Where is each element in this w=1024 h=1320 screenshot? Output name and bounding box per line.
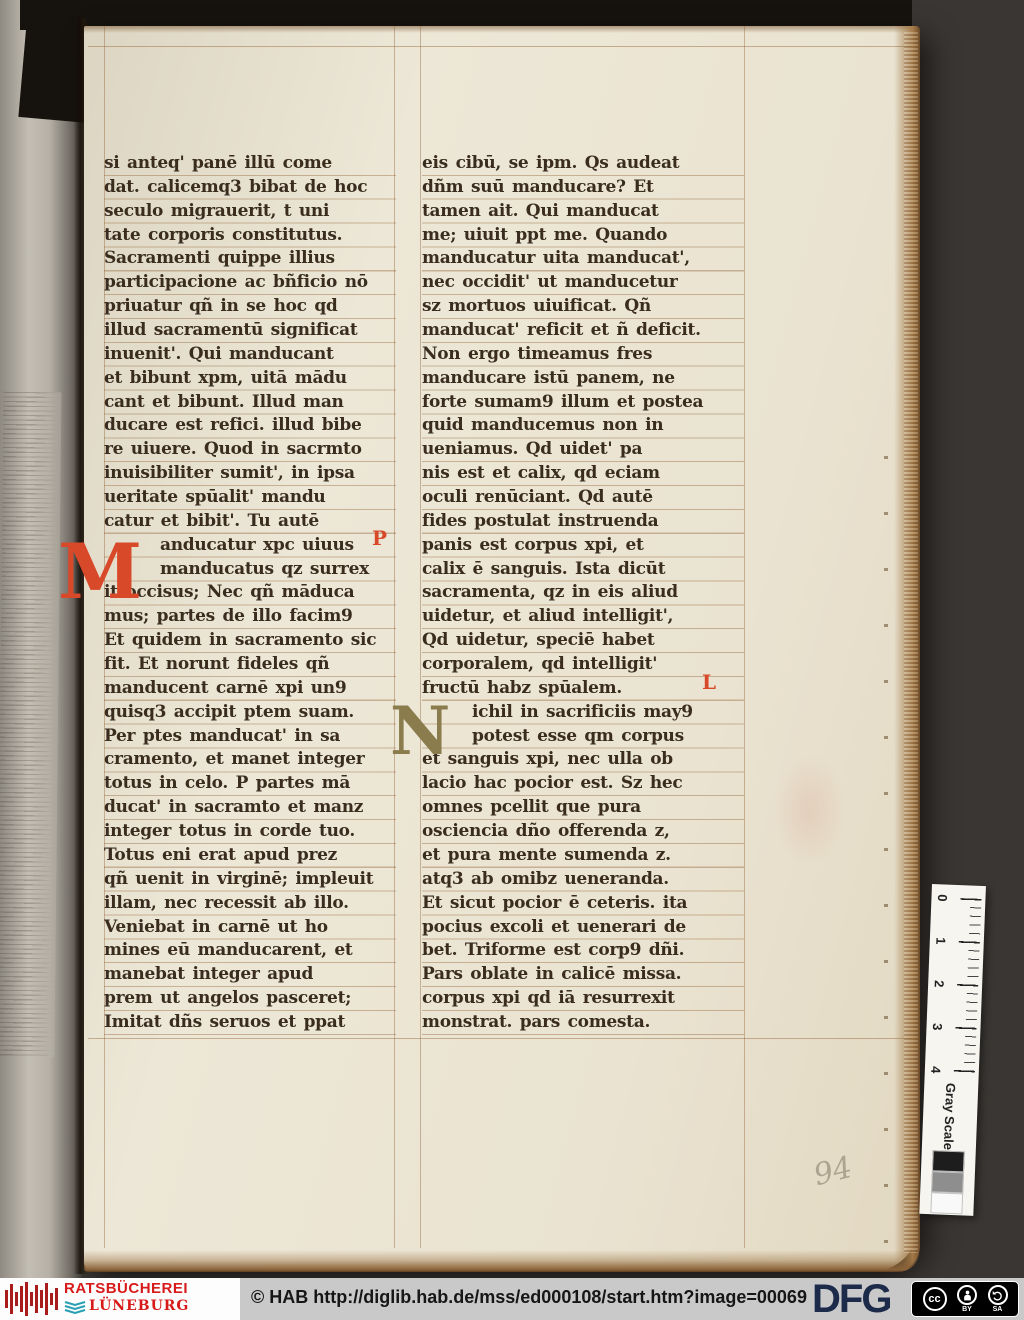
- ruling-horizontal-line: [88, 46, 916, 47]
- manuscript-text-line: manducare istū panem, ne: [422, 367, 744, 391]
- manuscript-text-line: quisq3 accipit ptem suam.: [104, 701, 396, 725]
- ruling-vertical-line: [420, 26, 421, 1248]
- manuscript-text-line: omnes pcellit que pura: [422, 796, 744, 820]
- library-city: LÜNEBURG: [89, 1297, 189, 1315]
- manuscript-text-line: re uiuere. Quod in sacrmto: [104, 438, 396, 462]
- manuscript-text-line: inuisibiliter sumit', in ipsa: [104, 462, 396, 486]
- manuscript-text-line: nec occidit' ut manducetur: [422, 271, 744, 295]
- manuscript-text-line: tate corporis constitutus.: [104, 224, 396, 248]
- manuscript-text-line: ducat' in sacramto et manz: [104, 796, 396, 820]
- cc-sa-icon: SA: [988, 1285, 1008, 1313]
- manuscript-text-line: eis cibū, se ipm. Qs audeat: [422, 152, 744, 176]
- cc-sa-label: SA: [993, 1306, 1003, 1313]
- ruler-numbers: 01234: [932, 884, 986, 886]
- ruling-horizontal-line: [88, 1038, 916, 1039]
- manuscript-text-line: manducat' reficit et ñ deficit.: [422, 319, 744, 343]
- manuscript-text-line: et pura mente sumenda z.: [422, 844, 744, 868]
- manuscript-text-line: prem ut angelos pasceret;: [104, 987, 396, 1011]
- manuscript-text-line: manducatus qz surrex: [104, 558, 396, 582]
- manuscript-text-line: monstrat. pars comesta.: [422, 1011, 744, 1035]
- illuminated-initial-n: N: [390, 698, 450, 764]
- manuscript-text-line: calix ē sanguis. Ista dicūt: [422, 558, 744, 582]
- manuscript-text-line: et bibunt xpm, uitā mādu: [104, 367, 396, 391]
- manuscript-text-line: oculi renūciant. Qd autē: [422, 486, 744, 510]
- library-name: RATSBÜCHEREI: [64, 1280, 189, 1297]
- dfg-logo: DFG: [812, 1277, 890, 1320]
- gray-scale-swatch: [931, 1171, 964, 1193]
- manuscript-text-line: anducatur xpc uiuus: [104, 534, 396, 558]
- manuscript-text-line: mines eū manducarent, et: [104, 939, 396, 963]
- manuscript-text-line: potest esse qm corpus: [422, 725, 744, 749]
- ruler-number: 1: [933, 933, 949, 950]
- manuscript-text-line: ueritate spūalit' mandu: [104, 486, 396, 510]
- person-icon: [957, 1285, 977, 1305]
- manuscript-text-line: uidetur, et aliud intelligit',: [422, 605, 744, 629]
- manuscript-text-line: Et quidem in sacramento sic: [104, 629, 396, 653]
- manuscript-text-line: ducare est refici. illud bibe: [104, 414, 396, 438]
- manuscript-text-line: me; uiuit ppt me. Quando: [422, 224, 744, 248]
- manuscript-text-line: inuenit'. Qui manducant: [104, 343, 396, 367]
- manuscript-text-line: si anteq' panē illū come: [104, 152, 396, 176]
- manuscript-text-line: Pars oblate in calicē missa.: [422, 963, 744, 987]
- cc-circle-icon: cc: [923, 1287, 947, 1311]
- manuscript-text-line: it occisus; Nec qñ māduca: [104, 581, 396, 605]
- gray-scale-calibration-card: 01234 Gray Scale: [919, 884, 986, 1216]
- facing-page-text-showthrough: [0, 392, 61, 1058]
- cc-icon: cc: [923, 1287, 947, 1311]
- prick-marks: [884, 456, 888, 1268]
- manuscript-text-line: manducatur uita manducat',: [422, 247, 744, 271]
- manuscript-text-line: cant et bibunt. Illud man: [104, 391, 396, 415]
- book-icon: [64, 1299, 86, 1314]
- manuscript-text-line: Et sicut pocior ē ceteris. ita: [422, 892, 744, 916]
- library-logo-panel: RATSBÜCHEREI LÜNEBURG: [0, 1278, 240, 1320]
- manuscript-text-line: manducent carnē xpi un9: [104, 677, 396, 701]
- ruler-number: 4: [928, 1062, 944, 1079]
- rubric-guide-letter-l: L: [702, 670, 716, 694]
- library-bars-icon: [4, 1280, 60, 1318]
- ruler-major-ticks: [954, 898, 982, 1074]
- manuscript-text-line: ichil in sacrificiis may9: [422, 701, 744, 725]
- manuscript-text-line: sacramenta, qz in eis aliud: [422, 581, 744, 605]
- gray-scale-swatch: [930, 1192, 963, 1214]
- library-logo-text: RATSBÜCHEREI LÜNEBURG: [64, 1280, 189, 1315]
- manuscript-text-line: corpus xpi qd iā resurrexit: [422, 987, 744, 1011]
- gray-scale-swatch: [932, 1150, 965, 1172]
- manuscript-text-line: pocius excoli et uenerari de: [422, 916, 744, 940]
- manuscript-text-line: illam, nec recessit ab illo.: [104, 892, 396, 916]
- manuscript-text-line: fides postulat instruenda: [422, 510, 744, 534]
- manuscript-text-line: panis est corpus xpi, et: [422, 534, 744, 558]
- manuscript-text-line: Sacramenti quippe illius: [104, 247, 396, 271]
- manuscript-text-line: Veniebat in carnē ut ho: [104, 916, 396, 940]
- gray-scale-title: Gray Scale: [941, 1083, 959, 1151]
- manuscript-text-line: mus; partes de illo facim9: [104, 605, 396, 629]
- manuscript-text-line: quid manducemus non in: [422, 414, 744, 438]
- facing-page-edge: [0, 0, 82, 1278]
- manuscript-text-line: dat. calicemq3 bibat de hoc: [104, 176, 396, 200]
- manuscript-text-line: Per ptes manducat' in sa: [104, 725, 396, 749]
- rubric-guide-letter-p: P: [372, 526, 387, 550]
- attribution-bar: RATSBÜCHEREI LÜNEBURG © HAB http://digli…: [0, 1278, 1024, 1320]
- copyright-url-text: © HAB http://diglib.hab.de/mss/ed000108/…: [246, 1287, 812, 1308]
- manuscript-text-line: Imitat dñs seruos et ppat: [104, 1011, 396, 1035]
- page-fore-edge-striations: [904, 32, 918, 1253]
- manuscript-text-line: Totus eni erat apud prez: [104, 844, 396, 868]
- manuscript-text-line: fit. Et norunt fideles qñ: [104, 653, 396, 677]
- manuscript-column-left: si anteq' panē illū comedat. calicemq3 b…: [104, 152, 396, 1036]
- manuscript-text-line: Qd uidetur, speciē habet: [422, 629, 744, 653]
- ruler-number: 0: [935, 890, 951, 907]
- manuscript-text-line: et sanguis xpi, nec ulla ob: [422, 748, 744, 772]
- ruling-vertical-line: [744, 26, 745, 1248]
- manuscript-text-line: illud sacramentū significat: [104, 319, 396, 343]
- manuscript-text-line: integer totus in corde tuo.: [104, 820, 396, 844]
- illuminated-initial-m: M: [58, 534, 142, 610]
- manuscript-text-line: manebat integer apud: [104, 963, 396, 987]
- share-alike-arrow-icon: [988, 1285, 1008, 1305]
- manuscript-text-line: atq3 ab omibz ueneranda.: [422, 868, 744, 892]
- cc-by-label: BY: [962, 1306, 972, 1313]
- manuscript-text-line: seculo migrauerit, t uni: [104, 200, 396, 224]
- ruler-number: 2: [931, 976, 947, 993]
- manuscript-text-line: tamen ait. Qui manducat: [422, 200, 744, 224]
- manuscript-text-line: priuatur qñ in se hoc qd: [104, 295, 396, 319]
- manuscript-text-line: qñ uenit in virginē; impleuit: [104, 868, 396, 892]
- manuscript-text-line: dñm suū manducare? Et: [422, 176, 744, 200]
- manuscript-text-line: osciencia dño offerenda z,: [422, 820, 744, 844]
- pencil-folio-number: 94: [810, 1150, 856, 1193]
- ruler-number: 3: [930, 1019, 946, 1036]
- digitized-manuscript-viewer: si anteq' panē illū comedat. calicemq3 b…: [0, 0, 1024, 1320]
- manuscript-text-line: bet. Triforme est corp9 dñi.: [422, 939, 744, 963]
- manuscript-text-line: ueniamus. Qd uidet' pa: [422, 438, 744, 462]
- parchment-smudge: [772, 752, 846, 868]
- cc-by-icon: BY: [957, 1285, 977, 1313]
- manuscript-text-line: totus in celo. P partes mā: [104, 772, 396, 796]
- manuscript-text-line: corporalem, qd intelligit': [422, 653, 744, 677]
- manuscript-text-line: forte sumam9 illum et postea: [422, 391, 744, 415]
- manuscript-page: si anteq' panē illū comedat. calicemq3 b…: [84, 26, 920, 1272]
- manuscript-text-line: Non ergo timeamus fres: [422, 343, 744, 367]
- manuscript-text-line: participacione ac bñficio nō: [104, 271, 396, 295]
- manuscript-text-line: lacio hac pocior est. Sz hec: [422, 772, 744, 796]
- cc-license-badge: cc BY SA: [911, 1281, 1019, 1317]
- page-bottom-edge: [84, 1250, 920, 1272]
- gray-scale-swatches: [930, 1150, 964, 1214]
- page-top-edge: [84, 26, 920, 33]
- manuscript-text-line: catur et bibit'. Tu autē: [104, 510, 396, 534]
- manuscript-column-right: eis cibū, se ipm. Qs audeatdñm suū mandu…: [422, 152, 744, 1036]
- manuscript-text-line: sz mortuos uiuificat. Qñ: [422, 295, 744, 319]
- manuscript-text-line: nis est et calix, qd eciam: [422, 462, 744, 486]
- manuscript-text-line: cramento, et manet integer: [104, 748, 396, 772]
- manuscript-text-line: fructū habz spūalem.: [422, 677, 744, 701]
